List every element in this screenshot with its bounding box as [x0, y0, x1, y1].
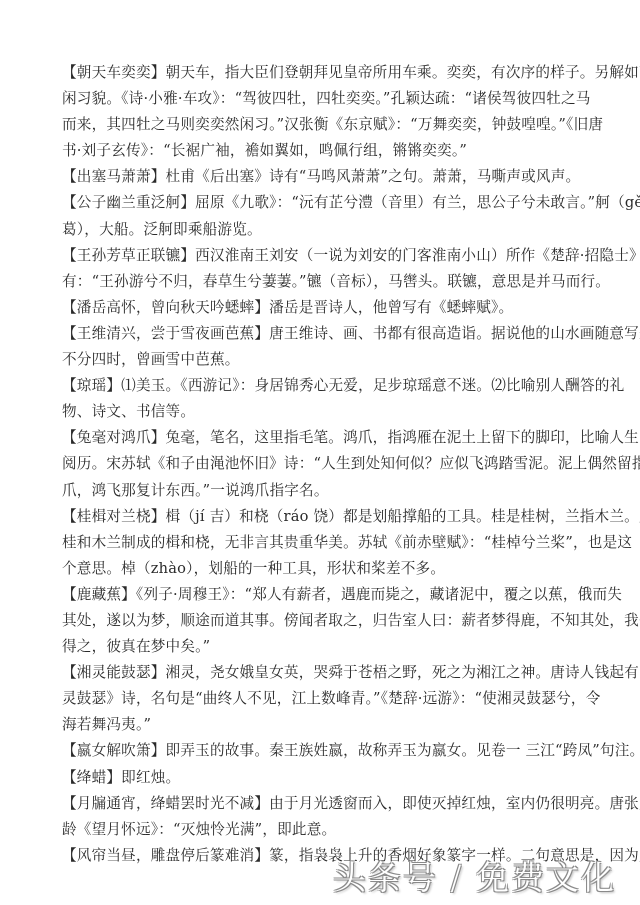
text-line: 【潘岳高怀，曾向秋天吟蟋蟀】潘岳是晋诗人，他曾写有《蟋蟀赋》。 — [62, 295, 584, 321]
text-line: 【公子幽兰重泛舸】屈原《九歌》：“沅有芷兮澧（音里）有兰，思公子兮未敢言。”舸（… — [62, 190, 584, 216]
text-line: 书·刘子玄传》：“长裾广袖，襜如翼如，鸣佩行组，锵锵奕奕。” — [62, 138, 584, 164]
text-line: 【绛蜡】即红烛。 — [62, 765, 584, 791]
text-line: 【兔毫对鸿爪】兔毫，笔名，这里指毛笔。鸿爪，指鸿雁在泥土上留下的脚印，比喻人生的 — [62, 425, 584, 451]
text-line: 【出塞马萧萧】杜甫《后出塞》诗有“马鸣风萧萧”之句。萧萧，马嘶声或风声。 — [62, 164, 584, 190]
text-line: 【鹿藏蕉】《列子·周穆王》：“郑人有薪者，遇鹿而毙之，藏诸泥中，覆之以蕉，俄而失 — [62, 582, 584, 608]
text-line: 【朝天车奕奕】朝天车，指大臣们登朝拜见皇帝所用车乘。奕奕，有次序的样子。另解如下… — [62, 60, 584, 86]
text-line: 其处，遂以为梦，顺途而道其事。傍闻者取之，归告室人曰：薪者梦得鹿，不知其处，我今 — [62, 608, 584, 634]
text-line: 得之，彼真在梦中矣。” — [62, 634, 584, 660]
text-line: 【湘灵能鼓瑟】湘灵，尧女娥皇女英，哭舜于苍梧之野，死之为湘江之神。唐诗人钱起有《… — [62, 660, 584, 686]
text-line: 海若舞冯夷。” — [62, 712, 584, 738]
text-line: 爪，鸿飞那复计东西。”一说鸿爪指字名。 — [62, 478, 584, 504]
text-line: 物、诗文、书信等。 — [62, 399, 584, 425]
text-line: 【嬴女解吹箫】即弄玉的故事。秦王族姓嬴，故称弄玉为嬴女。见卷一 三江“跨凤”句注… — [62, 738, 584, 764]
text-line: 【桂楫对兰桡】楫（jí 吉）和桡（ráo 饶）都是划船撑船的工具。桂是桂树，兰指… — [62, 504, 584, 530]
text-line: 桂和木兰制成的楫和桡，无非言其贵重华美。苏轼《前赤壁赋》：“桂棹兮兰桨”，也是这 — [62, 530, 584, 556]
text-line: 个意思。棹（zhào），划船的一种工具，形状和桨差不多。 — [62, 556, 584, 582]
text-line: 阅历。宋苏轼《和子由渑池怀旧》诗：“人生到处知何似？应似飞鸿踏雪泥。泥上偶然留指 — [62, 451, 584, 477]
text-line: 【琼瑶】⑴美玉。《西游记》：身居锦秀心无爱，足步琼瑶意不迷。⑵比喻别人酬答的礼 — [62, 373, 584, 399]
text-line: 闲习貌。《诗·小雅·车攻》：“驾彼四牡，四牡奕奕。”孔颖达疏：“诸侯驾彼四牡之马 — [62, 86, 584, 112]
text-line: 【王维清兴，尝于雪夜画芭蕉】唐王维诗、画、书都有很高造诣。据说他的山水画随意写来… — [62, 321, 584, 347]
text-line: 有：“王孙游兮不归，春草生兮萋萋。”镳（音标），马辔头。联镳，意思是并马而行。 — [62, 269, 584, 295]
text-line: 龄《望月怀远》：“灭烛怜光满”，即此意。 — [62, 817, 584, 843]
text-line: 不分四时，曾画雪中芭蕉。 — [62, 347, 584, 373]
text-line: 葛），大船。泛舸即乘船游览。 — [62, 217, 584, 243]
text-line: 灵鼓瑟》诗，名句是“曲终人不见，江上数峰青。”《楚辞·远游》：“使湘灵鼓瑟兮，令 — [62, 686, 584, 712]
text-line: 而来，其四牡之马则奕奕然闲习。”汉张衡《东京赋》：“万舞奕奕，钟鼓喤喤。”《旧唐 — [62, 112, 584, 138]
text-line: 【王孙芳草正联镳】西汉淮南王刘安（一说为刘安的门客淮南小山）所作《楚辞·招隐士》 — [62, 243, 584, 269]
text-line: 【月牖通宵，绛蜡罢时光不减】由于月光透窗而入，即使灭掉红烛，室内仍很明亮。唐张九 — [62, 791, 584, 817]
document-page: 【朝天车奕奕】朝天车，指大臣们登朝拜见皇帝所用车乘。奕奕，有次序的样子。另解如下… — [62, 60, 584, 869]
watermark: 头条号 / 免费文化 — [333, 852, 616, 899]
